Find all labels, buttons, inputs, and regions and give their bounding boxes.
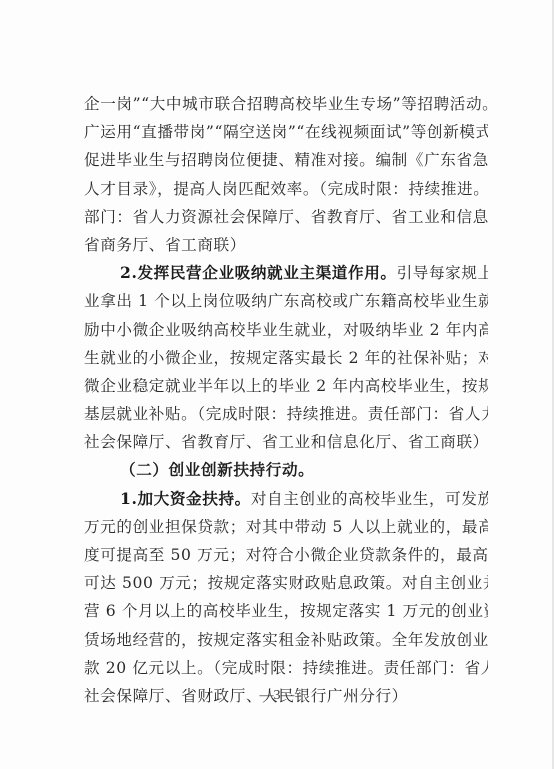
text-run: 对自主创业的高校毕业生，可发放最高 30 bbox=[251, 490, 488, 508]
text-line: 广运用“直播带岗”“隔空送岗”“在线视频面试”等创新模式， bbox=[84, 118, 488, 146]
text-line: 款 20 亿元以上。（完成时限：持续推进。责任部门：省人力资源 bbox=[84, 654, 488, 682]
text-line: 励中小微企业吸纳高校毕业生就业，对吸纳毕业 2 年内高校毕业 bbox=[84, 316, 488, 344]
text-line: 可达 500 万元；按规定落实财政贴息政策。对自主创业并正常经 bbox=[84, 569, 488, 597]
text-line: 社会保障厅、省教育厅、省工业和信息化厅、省工商联） bbox=[84, 428, 488, 456]
paragraph-first-line: 1.加大资金扶持。对自主创业的高校毕业生，可发放最高 30 bbox=[84, 485, 488, 513]
text-line: 企一岗”“大中城市联合招聘高校毕业生专场”等招聘活动。推 bbox=[84, 90, 488, 118]
text-line: 省商务厅、省工商联） bbox=[84, 231, 488, 259]
text-line: 基层就业补贴。（完成时限：持续推进。责任部门：省人力资源 bbox=[84, 400, 488, 428]
paragraph-first-line: 2.发挥民营企业吸纳就业主渠道作用。引导每家规上民营企 bbox=[84, 259, 488, 287]
text-run: 引导每家规上民营企 bbox=[397, 264, 488, 282]
text-line: 赁场地经营的，按规定落实租金补贴政策。全年发放创业担保贷 bbox=[84, 626, 488, 654]
document-page: 企一岗”“大中城市联合招聘高校毕业生专场”等招聘活动。推 广运用“直播带岗”“隔… bbox=[0, 0, 554, 769]
text-line: 人才目录》，提高人岗匹配效率。（完成时限：持续推进。责任 bbox=[84, 175, 488, 203]
text-line: 万元的创业担保贷款；对其中带动 5 人以上就业的，最高贷款额 bbox=[84, 513, 488, 541]
page-number: —3— bbox=[0, 688, 554, 704]
text-line: 生就业的小微企业，按规定落实最长 2 年的社保补贴；对到中小 bbox=[84, 344, 488, 372]
document-body: 企一岗”“大中城市联合招聘高校毕业生专场”等招聘活动。推 广运用“直播带岗”“隔… bbox=[84, 90, 488, 710]
text-line: 业拿出 1 个以上岗位吸纳广东高校或广东籍高校毕业生就业。鼓 bbox=[84, 287, 488, 315]
text-line: 度可提高至 50 万元；对符合小微企业贷款条件的，最高贷款额度 bbox=[84, 541, 488, 569]
section-heading: （二）创业创新扶持行动。 bbox=[84, 456, 488, 484]
text-line: 营 6 个月以上的高校毕业生，按规定落实 1 万元的创业资助；租 bbox=[84, 597, 488, 625]
item-title: 1.加大资金扶持。 bbox=[120, 489, 251, 508]
item-title: 2.发挥民营企业吸纳就业主渠道作用。 bbox=[120, 263, 397, 282]
text-line: 促进毕业生与招聘岗位便捷、精准对接。编制《广东省急需紧缺 bbox=[84, 146, 488, 174]
text-line: 部门：省人力资源社会保障厅、省教育厅、省工业和信息化厅、 bbox=[84, 203, 488, 231]
text-line: 微企业稳定就业半年以上的毕业 2 年内高校毕业生，按规定落实 bbox=[84, 372, 488, 400]
